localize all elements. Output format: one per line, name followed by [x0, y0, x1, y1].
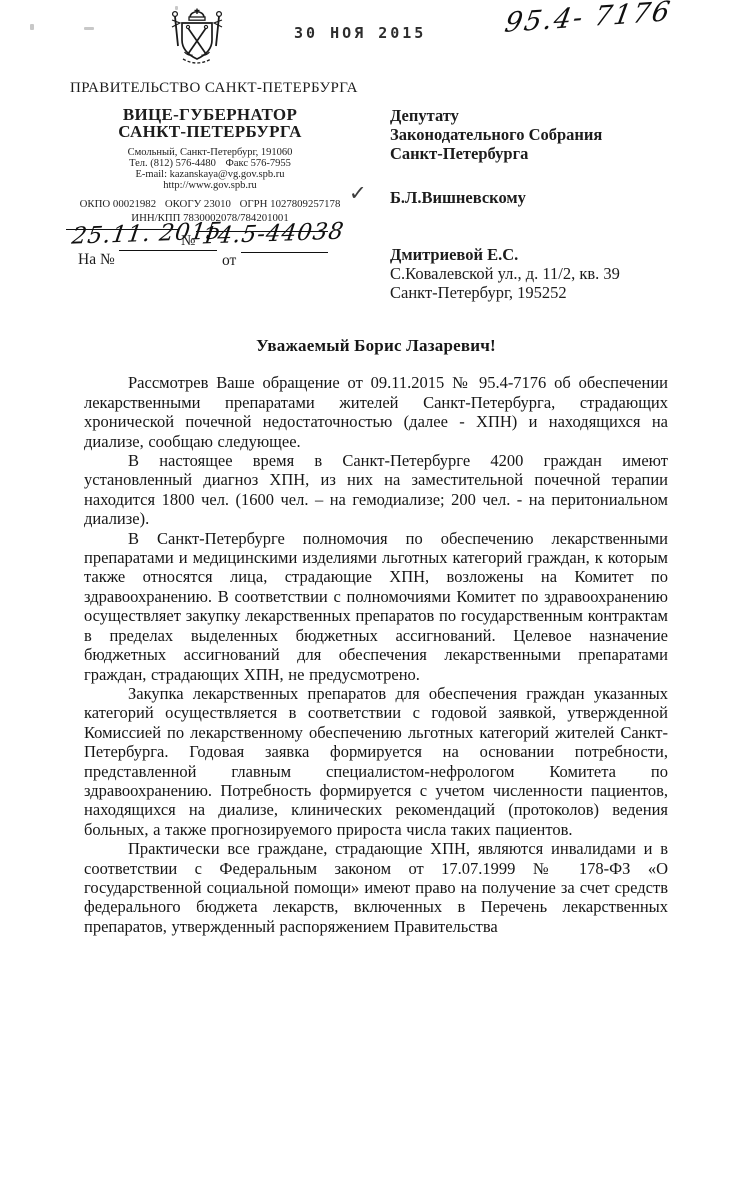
letterhead: ПРАВИТЕЛЬСТВО САНКТ-ПЕТЕРБУРГА ВИЦЕ-ГУБЕ… — [70, 80, 350, 225]
okogu-code: ОКОГУ 23010 — [165, 198, 231, 210]
second-recipient-street: С.Ковалевской ул., д. 11/2, кв. 39 — [390, 264, 620, 283]
paragraph-4: Закупка лекарственных препаратов для обе… — [84, 684, 668, 839]
codes-line1: ОКПО 00021982 ОКОГУ 23010 ОГРН 102780925… — [70, 198, 350, 212]
recipient-role-line1: Депутату — [390, 106, 459, 125]
email: E-mail: kazanskaya@vg.gov.spb.ru — [70, 169, 350, 180]
letter-body: Уважаемый Борис Лазаревич! Рассмотрев Ва… — [84, 336, 668, 936]
phone: Тел. (812) 576-4480 — [129, 158, 216, 169]
reply-to-label: На № — [78, 251, 115, 269]
website: http://www.gov.spb.ru — [70, 180, 350, 191]
phone-fax-line: Тел. (812) 576-4480 Факс 576-7955 — [70, 158, 350, 169]
reply-from-label: от — [222, 252, 236, 270]
handwritten-outgoing-number: 14.5-44038 — [200, 218, 346, 249]
paragraph-5: Практически все граждане, страдающие ХПН… — [84, 839, 668, 936]
ogrn-code: ОГРН 1027809257178 — [240, 198, 341, 210]
government-name: ПРАВИТЕЛЬСТВО САНКТ-ПЕТЕРБУРГА — [70, 80, 350, 97]
checkmark-annotation: ✓ — [349, 181, 367, 206]
scan-artifact — [84, 27, 94, 30]
fax: Факс 576-7955 — [226, 158, 291, 169]
scan-artifact — [30, 24, 34, 30]
reply-date-line — [241, 252, 328, 253]
recipient-role-line2: Законодательного Собрания — [390, 125, 602, 144]
saint-petersburg-coat-of-arms-icon — [165, 6, 229, 68]
paragraph-3: В Санкт-Петербурге полномочия по обеспеч… — [84, 529, 668, 684]
number-underline — [196, 231, 328, 232]
scanned-letter-page: 30 НОЯ 2015 95.4- 7176 ПРАВИТЕЛЬСТВО САН… — [0, 0, 729, 1200]
second-recipient-name: Дмитриевой Е.С. — [390, 245, 518, 264]
contact-block: Смольный, Санкт-Петербург, 191060 Тел. (… — [70, 147, 350, 191]
recipient-role-line3: Санкт-Петербурга — [390, 144, 528, 163]
okpo-code: ОКПО 00021982 — [80, 198, 156, 210]
date-received-stamp: 30 НОЯ 2015 — [294, 24, 426, 42]
date-underline — [66, 229, 178, 230]
paragraph-2: В настоящее время в Санкт-Петербурге 420… — [84, 451, 668, 529]
second-recipient-city: Санкт-Петербург, 195252 — [390, 283, 567, 302]
salutation: Уважаемый Борис Лазаревич! — [84, 336, 668, 355]
number-sign: № — [181, 233, 195, 250]
reply-number-line — [119, 250, 217, 251]
paragraph-1: Рассмотрев Ваше обращение от 09.11.2015 … — [84, 373, 668, 451]
handwritten-reference-number: 95.4- 7176 — [502, 0, 674, 39]
sender-title: ВИЦЕ-ГУБЕРНАТОР САНКТ-ПЕТЕРБУРГА — [70, 106, 350, 140]
postal-address: Смольный, Санкт-Петербург, 191060 — [70, 147, 350, 158]
sender-title-line2: САНКТ-ПЕТЕРБУРГА — [70, 123, 350, 140]
sender-title-line1: ВИЦЕ-ГУБЕРНАТОР — [70, 106, 350, 123]
recipient-name: Б.Л.Вишневскому — [390, 188, 526, 207]
